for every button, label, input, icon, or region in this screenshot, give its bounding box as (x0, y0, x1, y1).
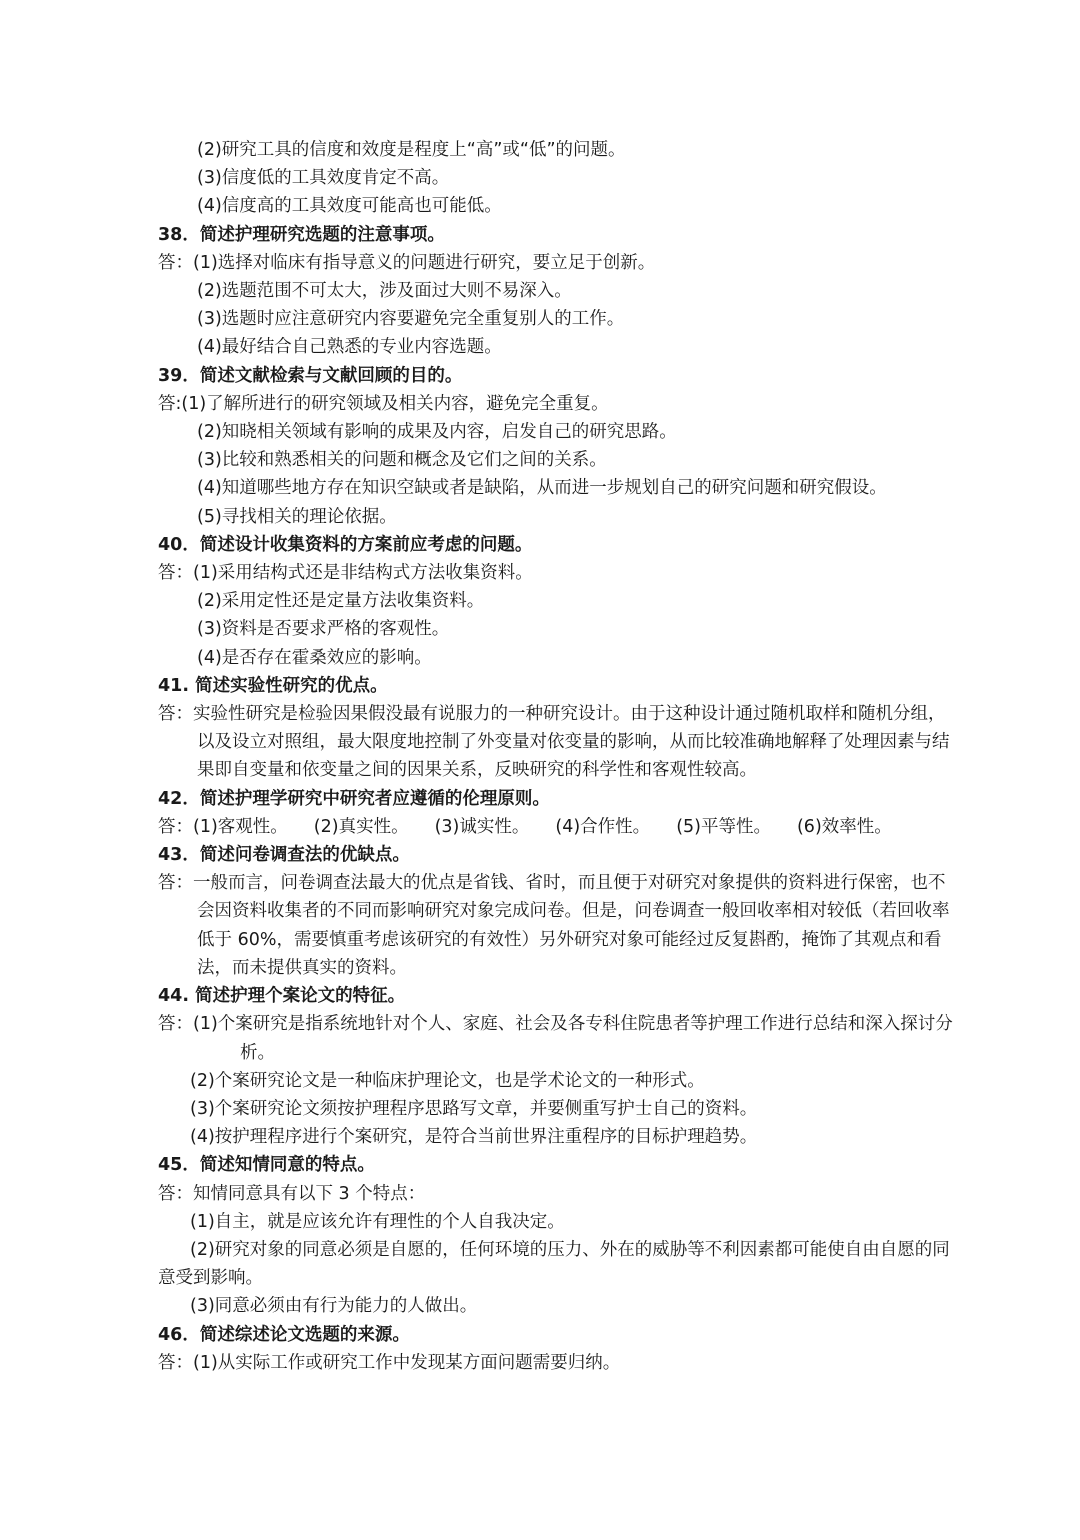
q37-item-3: (3)信度低的工具效度肯定不高。 (158, 164, 958, 192)
q38-title: 38．简述护理研究选题的注意事项。 (158, 221, 958, 249)
q46-answer-1: 答：(1)从实际工作或研究工作中发现某方面问题需要归纳。 (158, 1349, 958, 1377)
q45-title: 45．简述知情同意的特点。 (158, 1151, 958, 1179)
q42-answer: 答：(1)客观性。(2)真实性。(3)诚实性。(4)合作性。(5)平等性。(6)… (158, 813, 958, 841)
q40-answer-1: 答：(1)采用结构式还是非结构式方法收集资料。 (158, 559, 958, 587)
q38-answer-2: (2)选题范围不可太大，涉及面过大则不易深入。 (158, 277, 958, 305)
q46-title: 46．简述综述论文选题的来源。 (158, 1321, 958, 1349)
q40-answer-2: (2)采用定性还是定量方法收集资料。 (158, 587, 958, 615)
q40-answer-3: (3)资料是否要求严格的客观性。 (158, 615, 958, 643)
q42-item-3: (3)诚实性。 (435, 817, 530, 837)
q41-title: 41. 简述实验性研究的优点。 (158, 672, 958, 700)
q42-item-1: (1)客观性。 (193, 817, 288, 837)
q37-item-2: (2)研究工具的信度和效度是程度上“高”或“低”的问题。 (158, 136, 958, 164)
q42-item-4: (4)合作性。 (555, 817, 650, 837)
q44-answer-1: 答：(1)个案研究是指系统地针对个人、家庭、社会及各专科住院患者等护理工作进行总… (158, 1010, 958, 1066)
q39-answer-5: (5)寻找相关的理论依据。 (158, 503, 958, 531)
q38-answer-4: (4)最好结合自己熟悉的专业内容选题。 (158, 333, 958, 361)
q41-answer: 答：实验性研究是检验因果假没最有说服力的一种研究设计。由于这种设计通过随机取样和… (158, 700, 958, 785)
q45-item-3: (3)同意必须由有行为能力的人做出。 (158, 1292, 958, 1320)
q40-answer-4: (4)是否存在霍桑效应的影响。 (158, 644, 958, 672)
q44-answer-3: (3)个案研究论文须按护理程序思路写文章，并要侧重写护士自己的资料。 (158, 1095, 958, 1123)
q42-item-2: (2)真实性。 (314, 817, 409, 837)
q39-title: 39．简述文献检索与文献回顾的目的。 (158, 362, 958, 390)
document-page: (2)研究工具的信度和效度是程度上“高”或“低”的问题。 (3)信度低的工具效度… (158, 136, 958, 1377)
q42-title: 42．简述护理学研究中研究者应遵循的伦理原则。 (158, 785, 958, 813)
q40-title: 40．简述设计收集资料的方案前应考虑的问题。 (158, 531, 958, 559)
q44-answer-4: (4)按护理程序进行个案研究，是符合当前世界注重程序的目标护理趋势。 (158, 1123, 958, 1151)
q38-answer-1: 答：(1)选择对临床有指导意义的问题进行研究，要立足于创新。 (158, 249, 958, 277)
q45-item-2: (2)研究对象的同意必须是自愿的，任何环境的压力、外在的威胁等不利因素都可能使自… (158, 1236, 958, 1292)
q39-answer-4: (4)知道哪些地方存在知识空缺或者是缺陷，从而进一步规划自己的研究问题和研究假设… (158, 474, 958, 502)
q45-item-1: (1)自主，就是应该允许有理性的个人自我决定。 (158, 1208, 958, 1236)
q39-answer-1: 答:(1)了解所进行的研究领域及相关内容，避免完全重复。 (158, 390, 958, 418)
q44-answer-2: (2)个案研究论文是一种临床护理论文，也是学术论文的一种形式。 (158, 1067, 958, 1095)
q43-title: 43．简述问卷调查法的优缺点。 (158, 841, 958, 869)
q37-item-4: (4)信度高的工具效度可能高也可能低。 (158, 192, 958, 220)
q43-answer: 答：一般而言，问卷调查法最大的优点是省钱、省时，而且便于对研究对象提供的资料进行… (158, 869, 958, 982)
q44-title: 44. 简述护理个案论文的特征。 (158, 982, 958, 1010)
q42-answer-prefix: 答： (158, 817, 193, 837)
q38-answer-3: (3)选题时应注意研究内容要避免完全重复别人的工作。 (158, 305, 958, 333)
q42-item-5: (5)平等性。 (676, 817, 771, 837)
q42-item-6: (6)效率性。 (797, 817, 892, 837)
q45-intro: 答：知情同意具有以下 3 个特点： (158, 1180, 958, 1208)
q39-answer-2: (2)知晓相关领域有影响的成果及内容，启发自己的研究思路。 (158, 418, 958, 446)
q39-answer-3: (3)比较和熟悉相关的问题和概念及它们之间的关系。 (158, 446, 958, 474)
